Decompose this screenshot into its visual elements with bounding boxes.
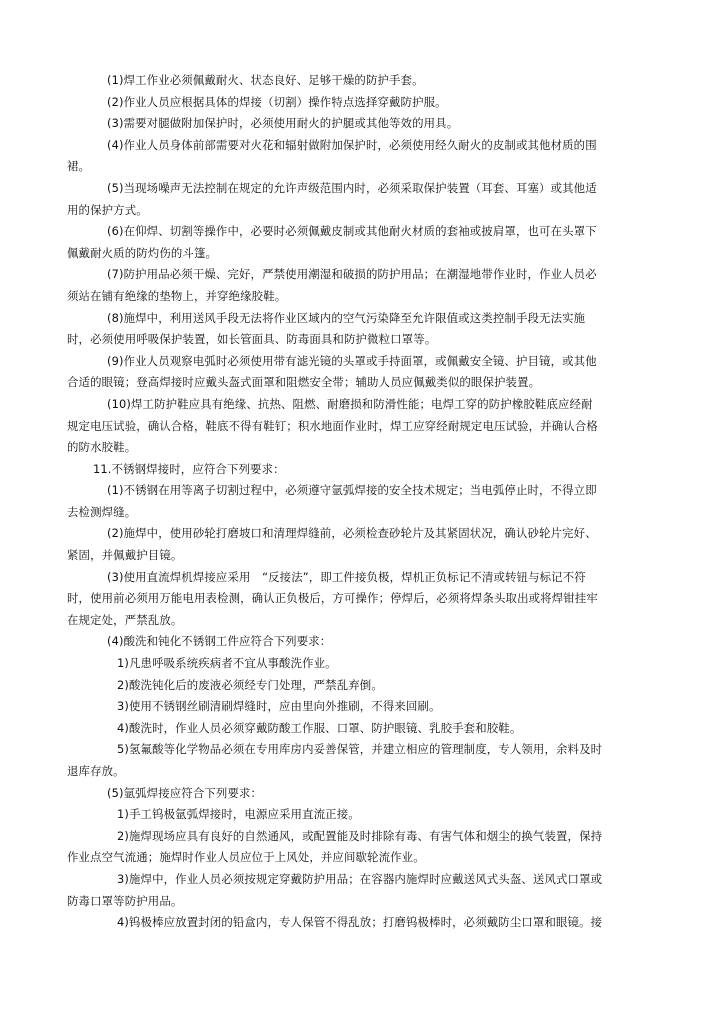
paragraph-item-11-5: (5)氩弧焊接应符合下列要求： xyxy=(67,783,603,805)
sub-item-5-3: 3)施焊中，作业人员必须按规定穿戴防护用品；在容器内施焊时应戴送风式头盔、送风式… xyxy=(67,869,603,912)
paragraph-item-11-1: (1)不锈钢在用等离子切割过程中，必须遵守氩弧焊接的安全技术规定；当电弧停止时，… xyxy=(67,480,603,523)
paragraph-item-11-3: (3)使用直流焊机焊接应采用 “反接法”，即工件接负极，焊机正负标记不清或转钮与… xyxy=(67,567,603,632)
sub-item-4-2: 2)酸洗钝化后的废液必须经专门处理，严禁乱弃倒。 xyxy=(67,675,603,697)
sub-item-4-3: 3)使用不锈钢丝刷清刷焊缝时，应由里向外推刷，不得来回刷。 xyxy=(67,696,603,718)
paragraph-item-3: (3)需要对腿做附加保护时，必须使用耐火的护腿或其他等效的用具。 xyxy=(67,113,603,135)
sub-item-5-2: 2)施焊现场应具有良好的自然通风，或配置能及时排除有毒、有害气体和烟尘的换气装置… xyxy=(67,826,603,869)
sub-item-5-1: 1)手工钨极氩弧焊接时，电源应采用直流正接。 xyxy=(67,804,603,826)
paragraph-item-10: (10)焊工防护鞋应具有绝缘、抗热、阻燃、耐磨损和防滑性能；电焊工穿的防护橡胶鞋… xyxy=(67,394,603,459)
sub-item-5-4: 4)钨极棒应放置封闭的铅盒内，专人保管不得乱放；打磨钨极棒时，必须戴防尘口罩和眼… xyxy=(67,912,603,934)
paragraph-item-5: (5)当现场噪声无法控制在规定的允许声级范围内时，必须采取保护装置（耳套、耳塞）… xyxy=(67,178,603,221)
paragraph-item-6: (6)在仰焊、切割等操作中，必要时必须佩戴皮制或其他耐火材质的套袖或披肩罩，也可… xyxy=(67,221,603,264)
paragraph-item-1: (1)焊工作业必须佩戴耐火、状态良好、足够干燥的防护手套。 xyxy=(67,70,603,92)
sub-item-4-4: 4)酸洗时，作业人员必须穿戴防酸工作服、口罩、防护眼镜、乳胶手套和胶鞋。 xyxy=(67,718,603,740)
paragraph-item-7: (7)防护用品必须干燥、完好，严禁使用潮湿和破损的防护用品；在潮湿地带作业时，作… xyxy=(67,264,603,307)
paragraph-item-2: (2)作业人员应根据具体的焊接（切割）操作特点选择穿戴防护服。 xyxy=(67,92,603,114)
paragraph-item-11-4: (4)酸洗和钝化不锈钢工件应符合下列要求： xyxy=(67,631,603,653)
sub-item-4-5: 5)氢氟酸等化学物品必须在专用库房内妥善保管，并建立相应的管理制度，专人领用，余… xyxy=(67,739,603,782)
paragraph-item-11-2: (2)施焊中，使用砂轮打磨坡口和清理焊缝前，必须检查砂轮片及其紧固状况，确认砂轮… xyxy=(67,523,603,566)
sub-item-4-1: 1)凡患呼吸系统疾病者不宜从事酸洗作业。 xyxy=(67,653,603,675)
paragraph-item-9: (9)作业人员观察电弧时必须使用带有滤光镜的头罩或手持面罩，或佩戴安全镜、护目镜… xyxy=(67,351,603,394)
paragraph-item-4: (4)作业人员身体前部需要对火花和辐射做附加保护时，必须使用经久耐火的皮制或其他… xyxy=(67,135,603,178)
paragraph-item-8: (8)施焊中，利用送风手段无法将作业区域内的空气污染降至允许限值或这类控制手段无… xyxy=(67,308,603,351)
section-heading-11: 11.不锈钢焊接时，应符合下列要求： xyxy=(67,459,603,481)
document-page: (1)焊工作业必须佩戴耐火、状态良好、足够干燥的防护手套。 (2)作业人员应根据… xyxy=(67,70,603,934)
